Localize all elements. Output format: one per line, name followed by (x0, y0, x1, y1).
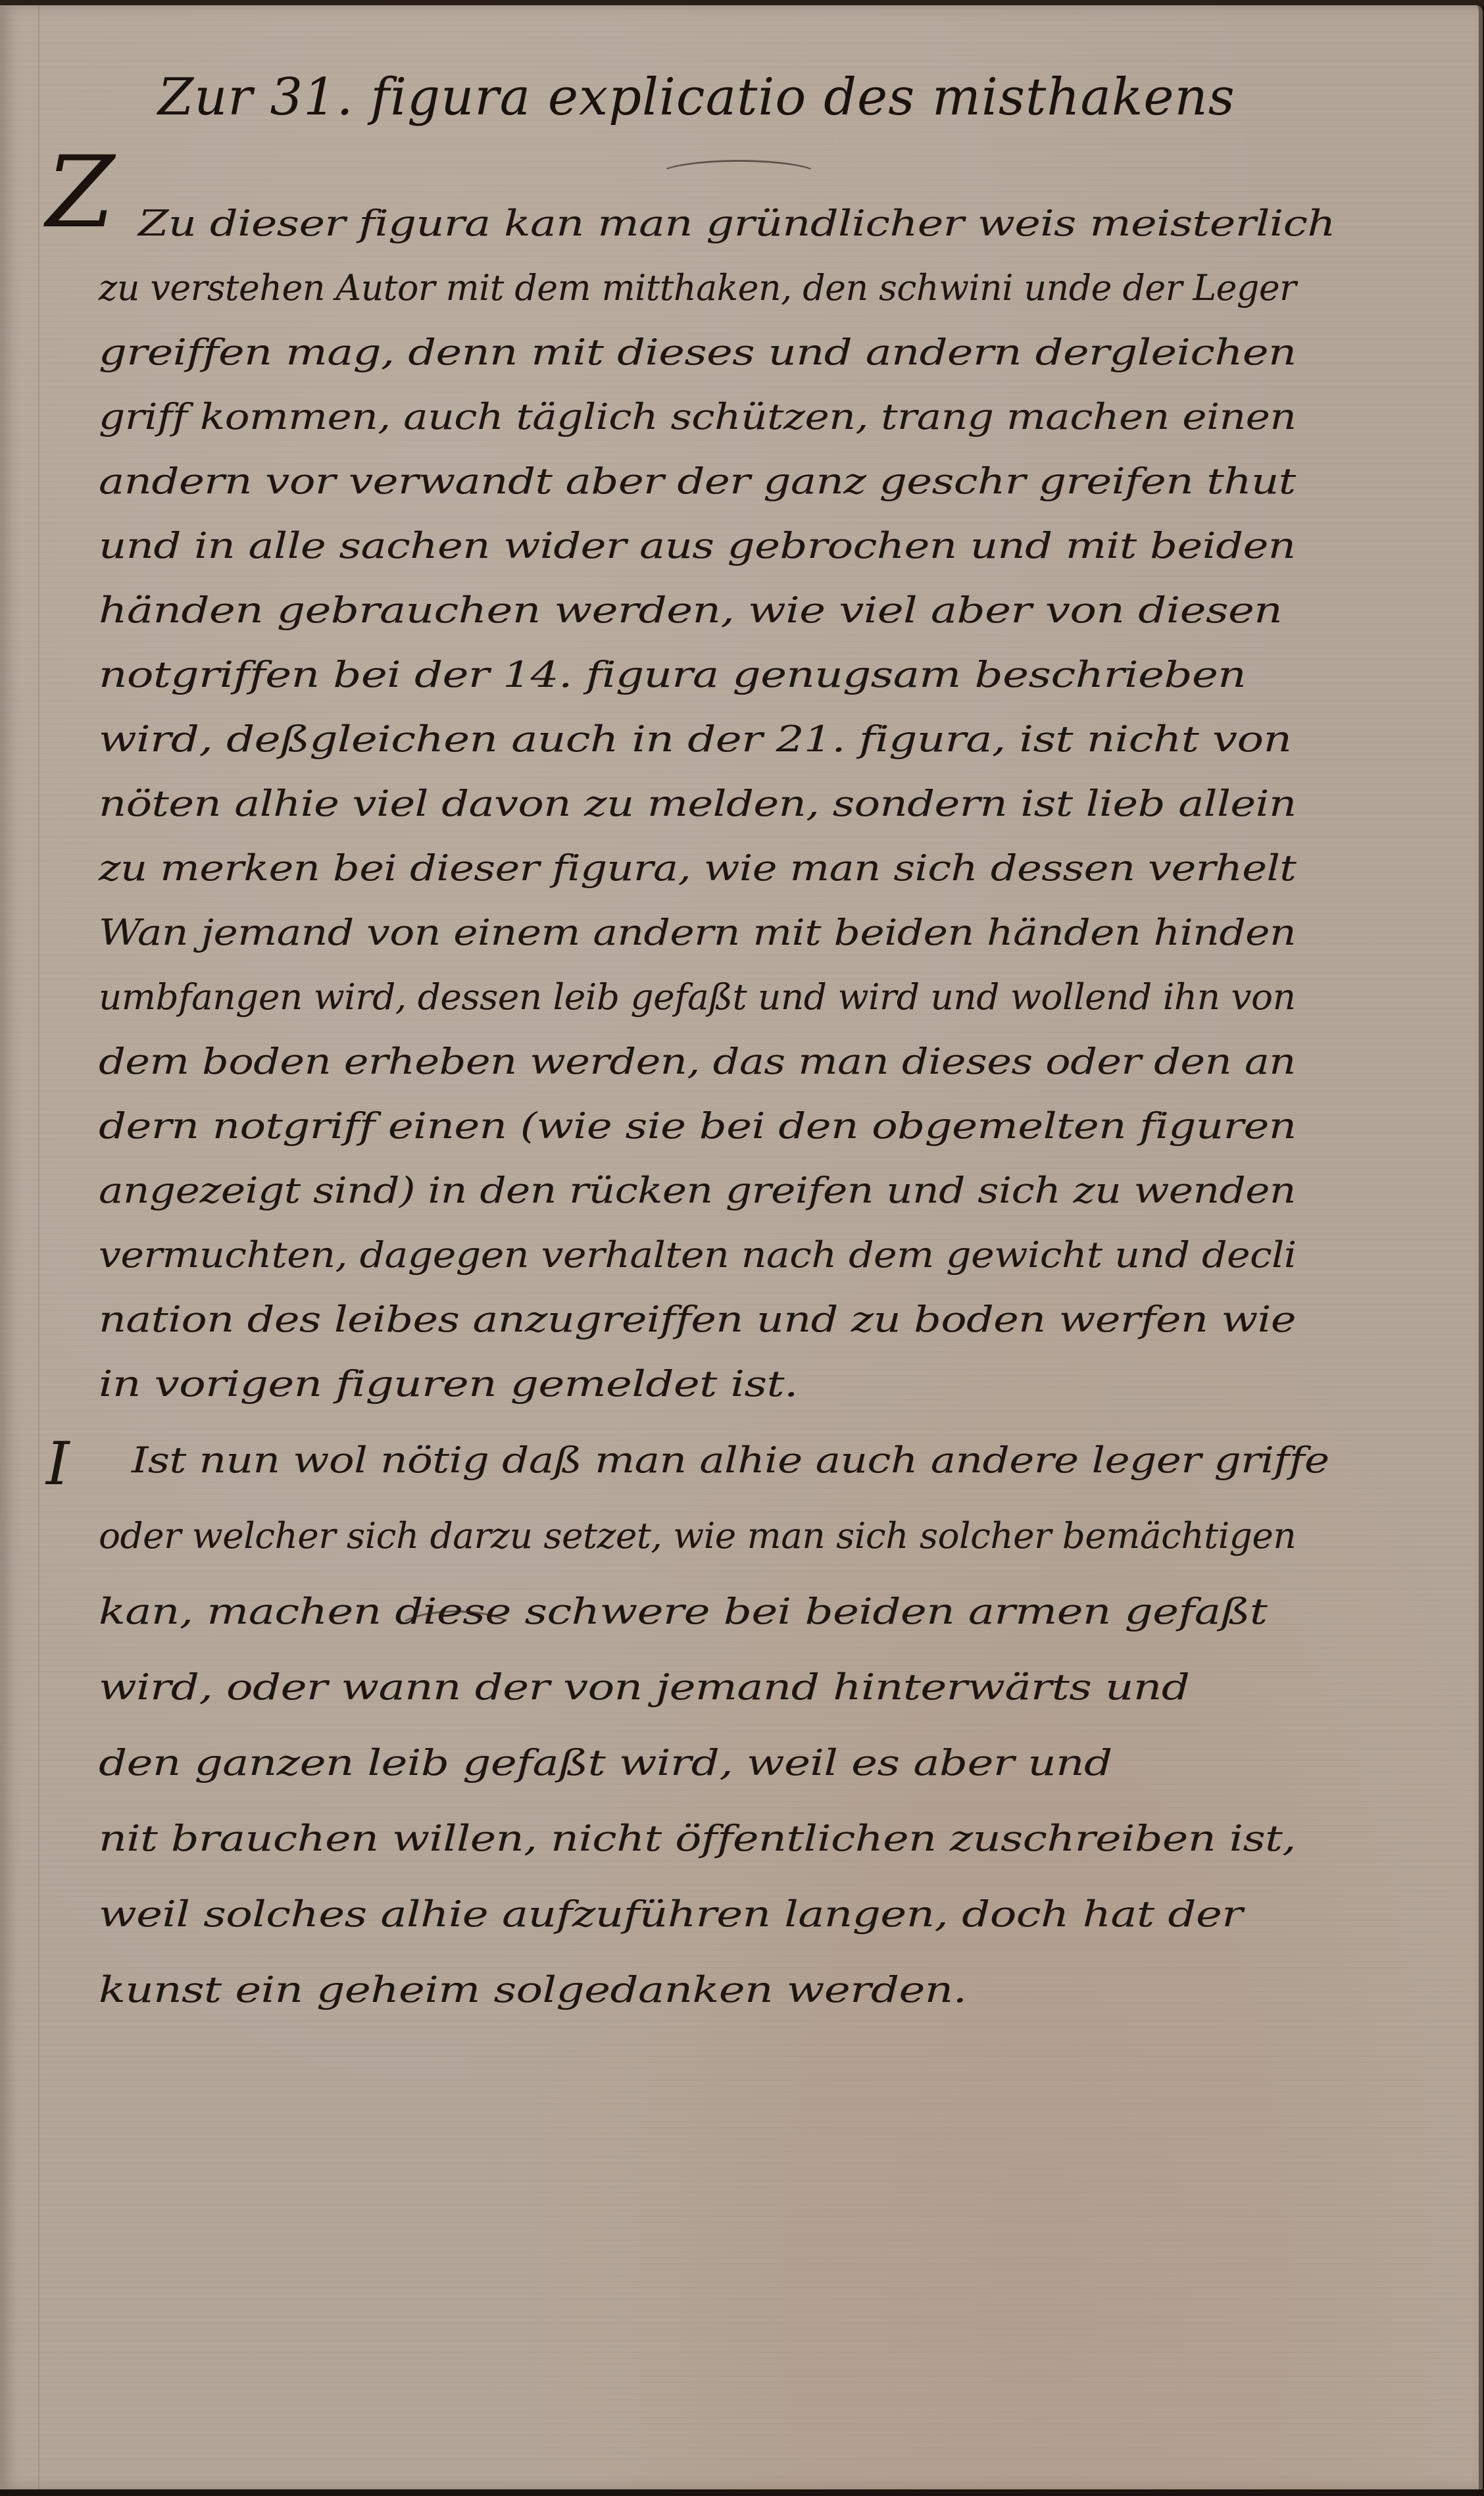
manuscript-line: dem boden erheben werden, das man dieses… (99, 1041, 1296, 1082)
manuscript-page: Z Zur 31. figura explicatio des misthake… (0, 5, 1483, 2489)
manuscript-line: nation des leibes anzugreiffen und zu bo… (99, 1299, 1296, 1340)
decorated-initial: Z (46, 143, 114, 242)
manuscript-line: zu merken bei dieser figura, wie man sic… (99, 847, 1296, 889)
manuscript-line: kan, machen diese schwere bei beiden arm… (99, 1591, 1267, 1632)
manuscript-line: notgriffen bei der 14. figura genugsam b… (99, 654, 1246, 695)
manuscript-line: wird, deßgleichen auch in der 21. figura… (99, 718, 1291, 760)
manuscript-line: und in alle sachen wider aus gebrochen u… (99, 525, 1296, 566)
manuscript-line: umbfangen wird, dessen leib gefaßt und w… (99, 976, 1296, 1018)
manuscript-line: wird, oder wann der von jemand hinterwär… (99, 1666, 1189, 1708)
manuscript-line: Wan jemand von einem andern mit beiden h… (99, 912, 1296, 953)
manuscript-line: griff kommen, auch täglich schützen, tra… (99, 396, 1296, 437)
paragraph-mark: I (46, 1430, 70, 1499)
manuscript-line: oder welcher sich darzu setzet, wie man … (99, 1515, 1296, 1557)
manuscript-line: nit brauchen willen, nicht öffentlichen … (99, 1818, 1296, 1859)
manuscript-line: nöten alhie viel davon zu melden, sonder… (99, 783, 1297, 824)
manuscript-line: greiffen mag, denn mit dieses und andern… (99, 332, 1297, 373)
manuscript-line: Ist nun wol nötig daß man alhie auch and… (132, 1439, 1329, 1481)
page-heading: Zur 31. figura explicatio des misthakens (158, 68, 1235, 127)
flourish-stroke (395, 1610, 517, 1654)
manuscript-line: den ganzen leib gefaßt wird, weil es abe… (99, 1742, 1112, 1784)
flourish-stroke (658, 160, 820, 190)
manuscript-line: dern notgriff einen (wie sie bei den obg… (99, 1105, 1297, 1147)
manuscript-line: vermuchten, dagegen verhalten nach dem g… (99, 1234, 1297, 1276)
manuscript-line: zu verstehen Autor mit dem mitthaken, de… (99, 267, 1296, 309)
manuscript-line: weil solches alhie aufzuführen langen, d… (99, 1893, 1243, 1935)
margin-rule (38, 5, 39, 2489)
manuscript-line: angezeigt sind) in den rücken greifen un… (99, 1170, 1296, 1211)
manuscript-line: andern vor verwandt aber der ganz geschr… (99, 461, 1296, 502)
manuscript-line: kunst ein geheim solgedanken werden. (99, 1969, 966, 2010)
manuscript-line: händen gebrauchen werden, wie viel aber … (99, 589, 1282, 631)
manuscript-line: in vorigen figuren gemeldet ist. (99, 1363, 798, 1405)
manuscript-line: Zu dieser figura kan man gründlicher wei… (138, 203, 1335, 244)
